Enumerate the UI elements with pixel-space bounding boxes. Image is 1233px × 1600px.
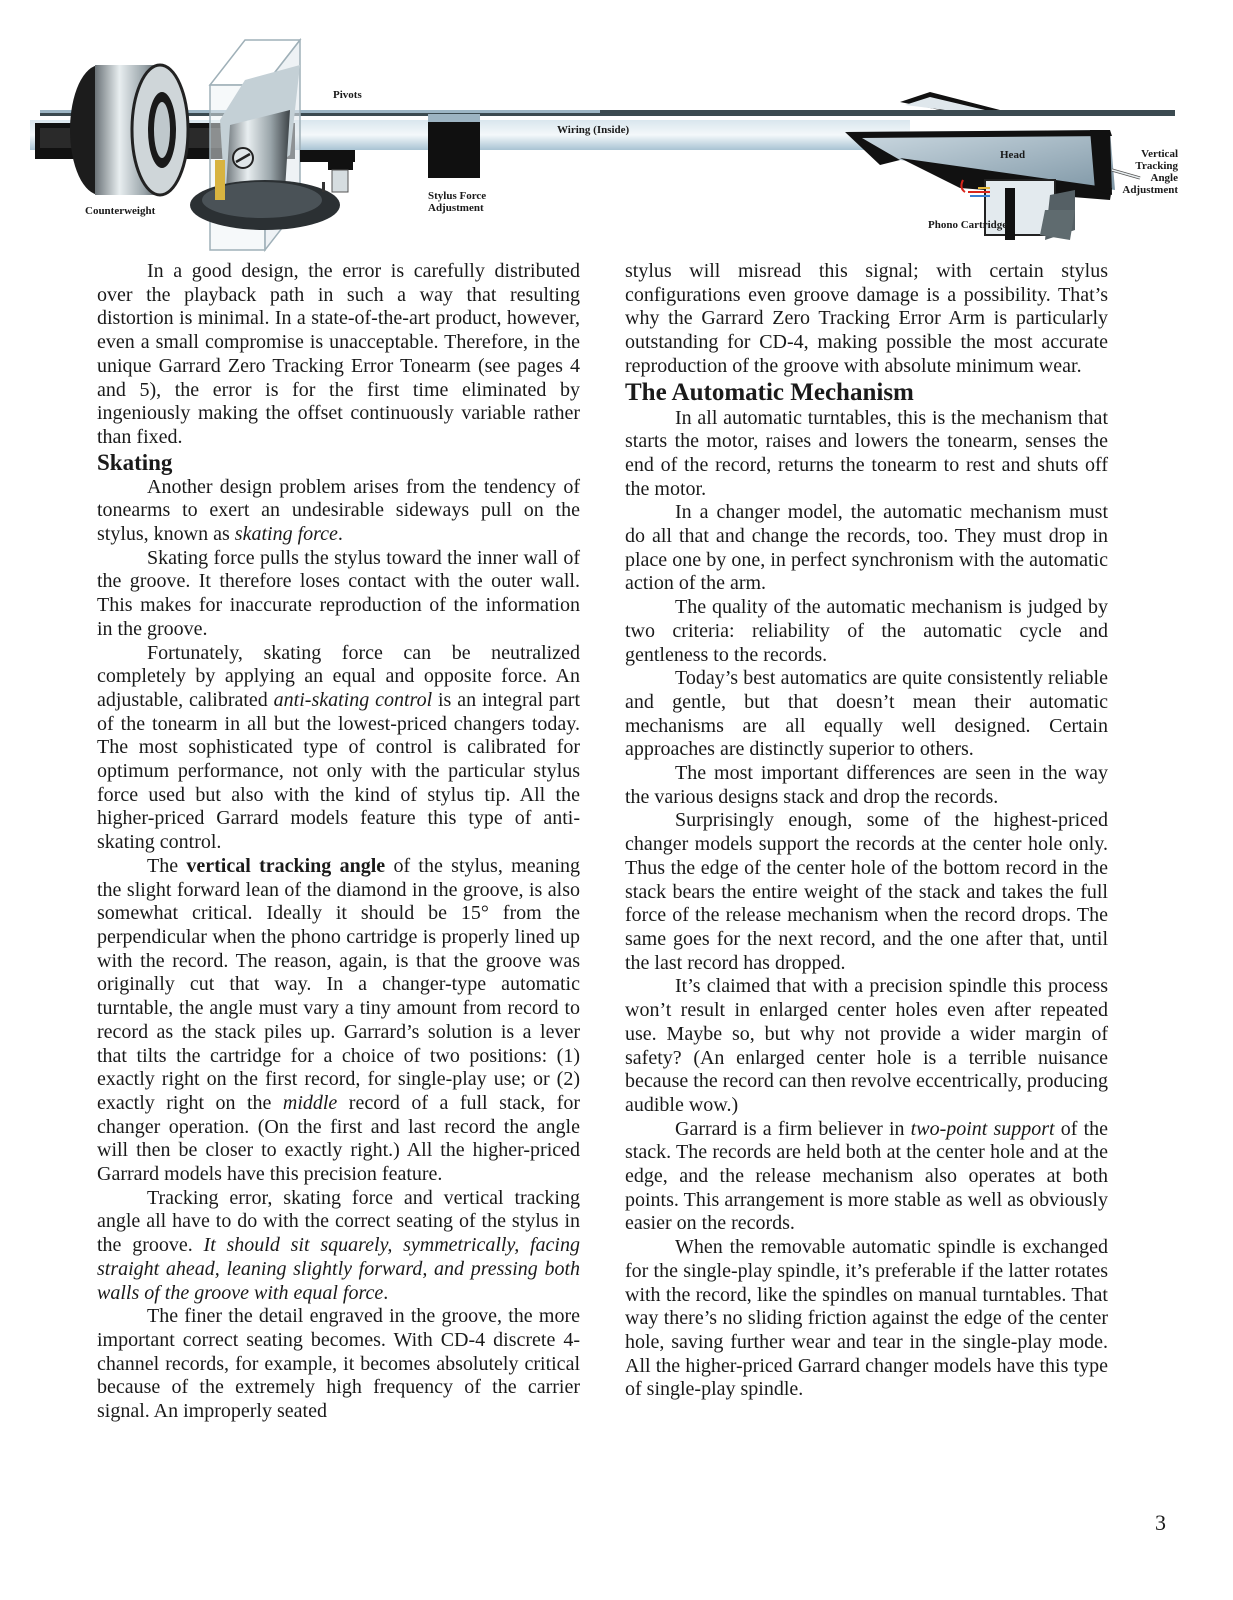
paragraph: stylus will misread this signal; with ce… [625, 260, 1108, 379]
emphasis: skating force [235, 523, 338, 545]
label-vta-line4: Adjustment [1110, 184, 1178, 196]
paragraph: Today’s best automatics are quite consis… [625, 667, 1108, 762]
paragraph: The finer the detail engraved in the gro… [97, 1305, 580, 1424]
label-phono-cartridge: Phono Cartridge [928, 219, 1007, 231]
paragraph: The most important differences are seen … [625, 762, 1108, 809]
paragraph: In all automatic turntables, this is the… [625, 407, 1108, 502]
paragraph: In a good design, the error is carefully… [97, 260, 580, 450]
paragraph: In a changer model, the automatic mechan… [625, 501, 1108, 596]
paragraph: Garrard is a firm believer in two-point … [625, 1118, 1108, 1237]
emphasis: two-point support [911, 1118, 1055, 1140]
label-counterweight: Counterweight [85, 205, 155, 217]
left-column: In a good design, the error is carefully… [97, 260, 580, 1424]
paragraph: It’s claimed that with a precision spind… [625, 975, 1108, 1117]
emphasis: middle [283, 1092, 337, 1114]
label-wiring-inside: Wiring (Inside) [557, 124, 629, 136]
paragraph: The quality of the automatic mechanism i… [625, 596, 1108, 667]
bold-term: vertical tracking angle [186, 855, 385, 877]
emphasis: anti-skating control [274, 689, 432, 711]
label-head: Head [1000, 149, 1025, 161]
heading-skating: Skating [97, 450, 580, 476]
paragraph: Tracking error, skating force and vertic… [97, 1187, 580, 1306]
paragraph: Fortunately, skating force can be neutra… [97, 642, 580, 855]
paragraph: Surprisingly enough, some of the highest… [625, 809, 1108, 975]
label-vta-line1: Vertical [1110, 148, 1178, 160]
paragraph: When the removable automatic spindle is … [625, 1236, 1108, 1402]
label-stylus-force-line2: Adjustment [428, 202, 486, 214]
label-vertical-tracking-angle-adjustment: Vertical Tracking Angle Adjustment [1110, 148, 1178, 196]
paragraph: Skating force pulls the stylus toward th… [97, 547, 580, 642]
tonearm-diagram-icon [0, 30, 1233, 260]
page-number: 3 [1155, 1510, 1166, 1536]
paragraph: Another design problem arises from the t… [97, 476, 580, 547]
heading-automatic-mechanism: The Automatic Mechanism [625, 379, 1108, 407]
label-stylus-force-adjustment: Stylus Force Adjustment [428, 190, 486, 214]
label-vta-line3: Angle [1110, 172, 1178, 184]
label-vta-line2: Tracking [1110, 160, 1178, 172]
paragraph: The vertical tracking angle of the stylu… [97, 855, 580, 1187]
tonearm-illustration: Pivots Wiring (Inside) Counterweight Sty… [0, 30, 1233, 260]
label-pivots: Pivots [333, 89, 362, 101]
label-stylus-force-line1: Stylus Force [428, 190, 486, 202]
right-column: stylus will misread this signal; with ce… [625, 260, 1108, 1402]
